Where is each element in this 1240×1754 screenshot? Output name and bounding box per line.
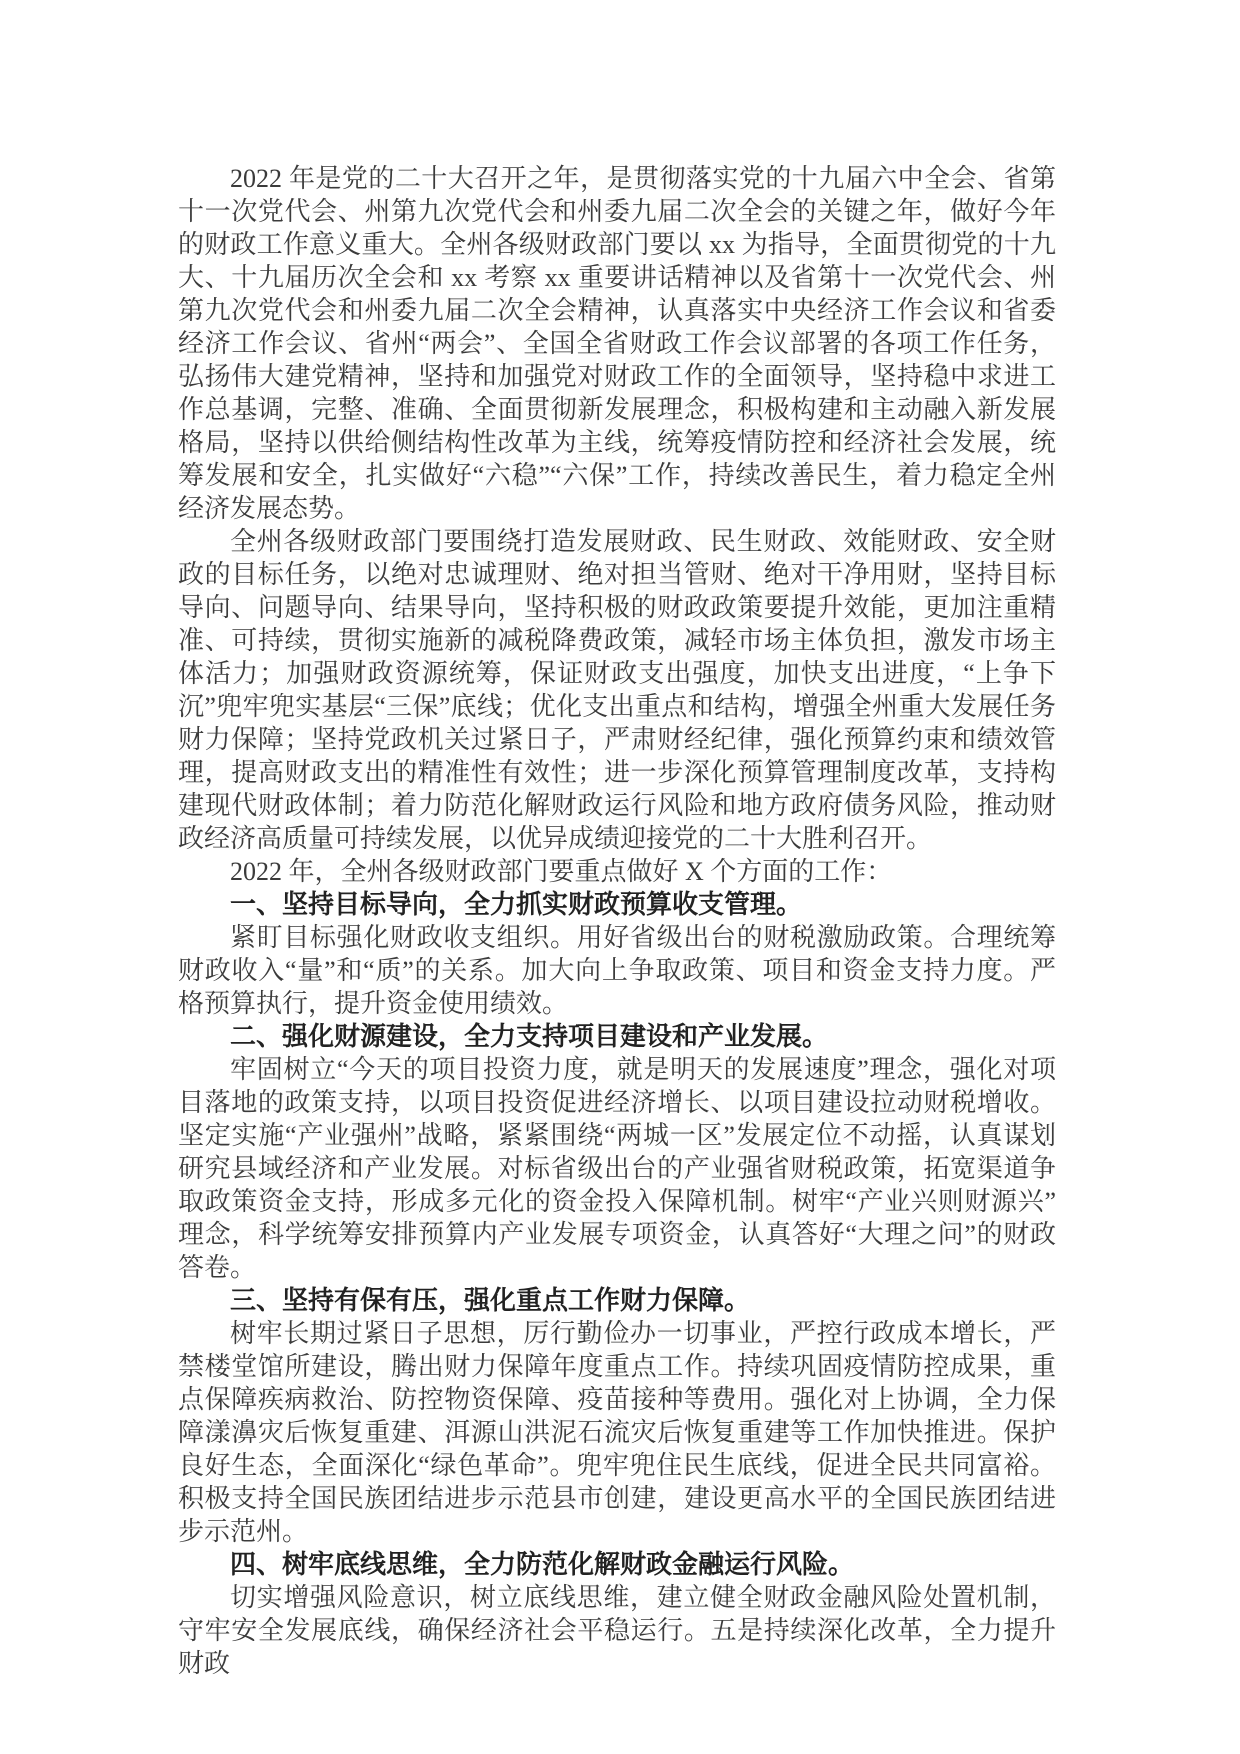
document-page: 2022 年是党的二十大召开之年，是贯彻落实党的十九届六中全会、省第十一次党代会…	[0, 0, 1240, 1754]
paragraph: 全州各级财政部门要围绕打造发展财政、民生财政、效能财政、安全财政的目标任务，以绝…	[178, 525, 1056, 855]
paragraph: 切实增强风险意识，树立底线思维，建立健全财政金融风险处置机制，守牢安全发展底线，…	[178, 1581, 1056, 1680]
paragraph: 树牢长期过紧日子思想，厉行勤俭办一切事业，严控行政成本增长，严禁楼堂馆所建设，腾…	[178, 1317, 1056, 1548]
paragraph: 2022 年，全州各级财政部门要重点做好 X 个方面的工作：	[178, 855, 1056, 888]
section-heading: 一、坚持目标导向，全力抓实财政预算收支管理。	[178, 888, 1056, 921]
section-heading: 二、强化财源建设，全力支持项目建设和产业发展。	[178, 1020, 1056, 1053]
paragraph: 紧盯目标强化财政收支组织。用好省级出台的财税激励政策。合理统筹财政收入“量”和“…	[178, 921, 1056, 1020]
paragraph: 牢固树立“今天的项目投资力度，就是明天的发展速度”理念，强化对项目落地的政策支持…	[178, 1053, 1056, 1284]
document-body: 2022 年是党的二十大召开之年，是贯彻落实党的十九届六中全会、省第十一次党代会…	[178, 162, 1056, 1680]
section-heading: 三、坚持有保有压，强化重点工作财力保障。	[178, 1284, 1056, 1317]
paragraph: 2022 年是党的二十大召开之年，是贯彻落实党的十九届六中全会、省第十一次党代会…	[178, 162, 1056, 525]
section-heading: 四、树牢底线思维，全力防范化解财政金融运行风险。	[178, 1548, 1056, 1581]
